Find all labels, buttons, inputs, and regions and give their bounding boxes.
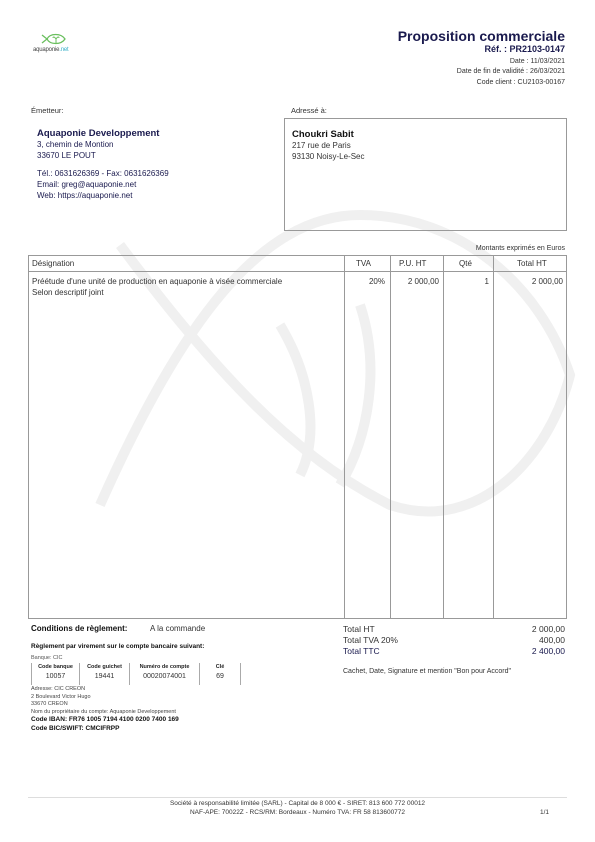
document-date: Date : 11/03/2021: [510, 58, 565, 65]
column-header-tva: TVA: [356, 259, 371, 268]
total-ttc-label: Total TTC: [343, 646, 380, 656]
recipient-name: Choukri Sabit: [292, 129, 364, 140]
column-divider: [390, 256, 391, 618]
recipient-label: Adressé à:: [291, 106, 327, 115]
currency-note: Montants exprimés en Euros: [476, 245, 565, 252]
iban-code: Code IBAN: FR76 1005 7194 4100 0200 7400…: [31, 716, 179, 723]
footer-legal-line-2: NAF-APE: 70022Z - RCS/RM: Bordeaux - Num…: [0, 809, 595, 816]
total-ttc-value: 2 400,00: [532, 646, 565, 656]
header-divider: [29, 271, 566, 272]
sender-name: Aquaponie Developpement: [37, 128, 169, 139]
payment-conditions-label: Conditions de règlement:: [31, 624, 127, 633]
sender-address-line: 3, chemin de Montion: [37, 139, 169, 150]
account-number-value: 00020074001: [133, 672, 196, 682]
branch-code-header: Code guichet: [83, 663, 126, 672]
column-header-designation: Désignation: [32, 259, 74, 268]
validity-date: Date de fin de validité : 26/03/2021: [457, 68, 565, 75]
recipient-address-line: 217 rue de Paris: [292, 140, 364, 151]
bank-transfer-title: Règlement par virement sur le compte ban…: [31, 643, 204, 650]
recipient-address-line: 93130 Noisy-Le-Sec: [292, 151, 364, 162]
bank-name: Banque: CIC: [31, 655, 63, 661]
sender-block: Aquaponie Developpement 3, chemin de Mon…: [37, 128, 169, 201]
total-tva-value: 400,00: [539, 635, 565, 645]
column-divider: [344, 256, 345, 618]
item-description: Selon descriptif joint: [32, 288, 104, 297]
column-divider: [493, 256, 494, 618]
item-quantity: 1: [485, 277, 489, 286]
branch-code-cell: Code guichet 19441: [79, 663, 129, 685]
column-header-qty: Qté: [459, 259, 472, 268]
total-tva-label: Total TVA 20%: [343, 635, 398, 645]
payment-conditions-value: A la commande: [150, 624, 205, 633]
sender-label: Émetteur:: [31, 106, 64, 115]
total-ht-value: 2 000,00: [532, 624, 565, 634]
sender-website: Web: https://aquaponie.net: [37, 190, 169, 201]
footer-legal-line-1: Société à responsabilité limitée (SARL) …: [0, 800, 595, 807]
fish-sprout-icon: [41, 32, 67, 46]
bank-code-value: 10057: [35, 672, 76, 682]
column-header-pu-ht: P.U. HT: [399, 259, 426, 268]
rib-key-value: 69: [203, 672, 237, 682]
item-designation: Préétude d'une unité de production en aq…: [32, 277, 282, 286]
footer-divider: [28, 797, 567, 798]
total-ht-label: Total HT: [343, 624, 375, 634]
rib-key-cell: Clé 69: [199, 663, 241, 685]
branch-code-value: 19441: [83, 672, 126, 682]
signature-note: Cachet, Date, Signature et mention "Bon …: [343, 668, 511, 675]
rib-key-header: Clé: [203, 663, 237, 672]
page-number: 1/1: [540, 809, 549, 816]
client-code: Code client : CU2103-00167: [477, 79, 565, 86]
items-table: Désignation TVA P.U. HT Qté Total HT Pré…: [28, 255, 567, 619]
account-number-cell: Numéro de compte 00020074001: [129, 663, 199, 685]
sender-phone-fax: Tél.: 0631626369 - Fax: 0631626369: [37, 168, 169, 179]
document-title: Proposition commerciale: [398, 28, 565, 44]
item-total-ht: 2 000,00: [532, 277, 563, 286]
account-number-header: Numéro de compte: [133, 663, 196, 672]
logo-text: aquaponie.net: [33, 47, 68, 53]
sender-address-line: 33670 LE POUT: [37, 150, 169, 161]
company-logo: aquaponie.net: [30, 30, 90, 56]
bank-details-table: Code banque 10057 Code guichet 19441 Num…: [31, 663, 241, 685]
column-divider: [443, 256, 444, 618]
bank-code-header: Code banque: [35, 663, 76, 672]
column-header-total-ht: Total HT: [517, 259, 547, 268]
bic-code: Code BIC/SWIFT: CMCIFRPP: [31, 725, 119, 732]
bank-address-line: Adresse: CIC CREON: [31, 686, 85, 694]
bank-address-line: 33670 CREON: [31, 701, 68, 709]
recipient-box: Choukri Sabit 217 rue de Paris 93130 Noi…: [284, 118, 567, 231]
item-tva: 20%: [369, 277, 385, 286]
sender-email: Email: greg@aquaponie.net: [37, 179, 169, 190]
item-unit-price: 2 000,00: [408, 277, 439, 286]
bank-code-cell: Code banque 10057: [31, 663, 79, 685]
document-reference: Réf. : PR2103-0147: [484, 44, 565, 54]
